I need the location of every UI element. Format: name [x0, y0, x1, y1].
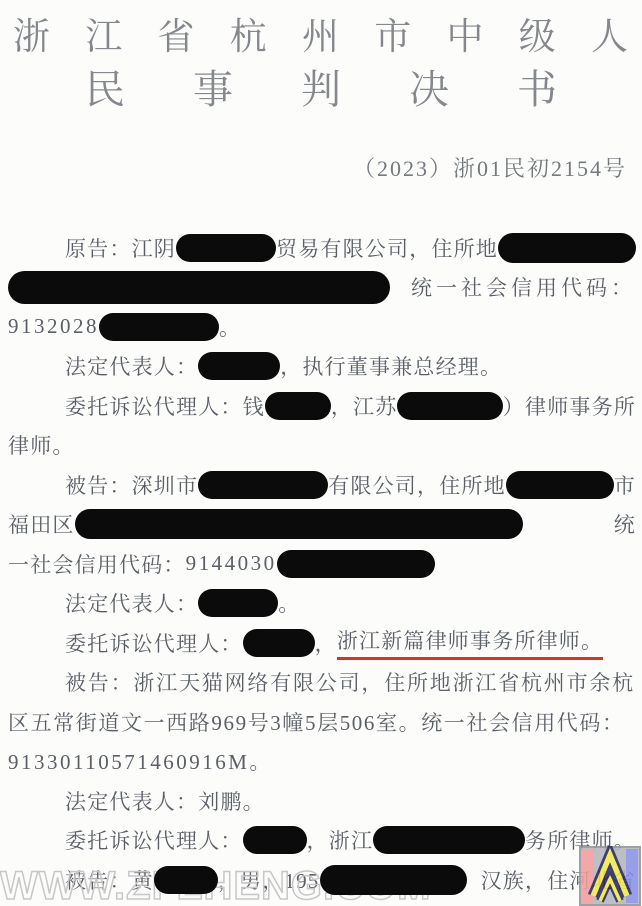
redaction-bar	[243, 826, 307, 854]
document-line: 统一社会信用代码：	[8, 268, 636, 308]
document-line: 9132028。	[8, 307, 636, 347]
text-run: 有限公司，住所地	[328, 470, 506, 500]
text-run: 统	[614, 509, 636, 539]
redaction-bar	[154, 866, 218, 894]
text-run: 汉族，住河	[481, 865, 592, 895]
redaction-bar	[243, 629, 315, 657]
document-line: 被告：黄，男，195汉族，住河北省	[8, 860, 636, 900]
text-run: 法定代表人：	[65, 588, 198, 618]
text-run: ）律师事务所	[503, 391, 636, 421]
document-line: 福田区统	[8, 505, 636, 545]
redaction-bar	[75, 509, 523, 539]
text-run: 一社会信用代码：	[8, 549, 186, 579]
text-run: ，执行董事兼总经理。	[280, 351, 502, 381]
redaction-bar	[8, 271, 390, 304]
document-line: 律师。	[8, 426, 636, 466]
text-run: 。	[278, 588, 300, 618]
redaction-bar	[397, 392, 502, 420]
document-line: 法定代表人：，执行董事兼总经理。	[8, 347, 636, 387]
text-run: ，江苏	[331, 391, 398, 421]
document-line: 区五常街道文一西路969号3幢5层506室。统一社会信用代码：	[8, 702, 636, 742]
document-body: 原告：江阴贸易有限公司，住所地统一社会信用代码：9132028。法定代表人：，执…	[8, 228, 636, 900]
text-run: 福田区	[8, 509, 75, 539]
document-type-title: 民 事 判 决 书	[0, 58, 642, 115]
redaction-bar	[373, 826, 525, 854]
case-number: （2023）浙01民初2154号	[353, 152, 627, 183]
document-line: 委托诉讼代理人：钱，江苏）律师事务所	[8, 386, 636, 426]
judgment-document-page: 浙 江 省 杭 州 市 中 级 人 民 法 院 民 事 判 决 书 （2023）…	[0, 0, 642, 906]
text-run: 区五常街道文一西路969号3幢5层506室。统一社会信用代码：	[8, 707, 625, 737]
text-run: 9132028	[8, 314, 99, 339]
document-line: 被告：浙江天猫网络有限公司，住所地浙江省杭州市余杭	[8, 663, 636, 703]
court-name-title: 浙 江 省 杭 州 市 中 级 人 民 法 院	[0, 6, 642, 60]
redaction-bar	[99, 313, 219, 341]
text-run: 委托诉讼代理人：	[65, 825, 243, 855]
redaction-bar	[198, 471, 328, 499]
text-run: 被告：浙江天猫网络有限公司，住所地浙江省杭州市余杭	[65, 667, 635, 697]
text-run: 被告：黄	[65, 865, 154, 895]
text-run: 委托诉讼代理人：	[65, 628, 243, 658]
document-line: 法定代表人：。	[8, 584, 636, 624]
document-line: 法定代表人：刘鹏。	[8, 781, 636, 821]
document-line: 委托诉讼代理人：，浙江新篇律师事务所律师。	[8, 623, 636, 663]
text-run: 被告：深圳市	[65, 470, 198, 500]
document-line: 被告：深圳市有限公司，住所地市	[8, 465, 636, 505]
redaction-bar	[506, 471, 614, 499]
underlined-text-run: 浙江新篇律师事务所律师。	[337, 625, 603, 660]
text-run: ，	[315, 628, 337, 658]
text-run: 91330110571460916M。	[8, 746, 273, 776]
redaction-bar	[176, 234, 276, 262]
redaction-bar	[320, 865, 467, 895]
text-run: 市	[614, 470, 636, 500]
redaction-bar	[198, 589, 278, 617]
redaction-bar	[277, 550, 435, 578]
text-run: 原告：江阴	[65, 233, 176, 263]
redaction-bar	[498, 233, 636, 263]
text-run: ，男，195	[218, 865, 320, 895]
zi-zheng-logo	[579, 846, 641, 906]
redaction-bar	[265, 392, 331, 420]
redaction-bar	[198, 352, 280, 380]
text-run: 统一社会信用代码：	[411, 272, 636, 302]
text-run: 委托诉讼代理人：钱	[65, 391, 265, 421]
document-line: 91330110571460916M。	[8, 742, 636, 782]
text-run: 法定代表人：刘鹏。	[65, 786, 265, 816]
document-line: 原告：江阴贸易有限公司，住所地	[8, 228, 636, 268]
document-line: 委托诉讼代理人：，浙江务所律师。	[8, 821, 636, 861]
text-run: 。	[219, 312, 241, 342]
document-line: 一社会信用代码：9144030	[8, 544, 636, 584]
text-run: 法定代表人：	[65, 351, 198, 381]
text-run: ，浙江	[307, 825, 374, 855]
text-run: 律师。	[8, 430, 75, 460]
text-run: 9144030	[186, 551, 277, 576]
text-run: 贸易有限公司，住所地	[276, 233, 498, 263]
